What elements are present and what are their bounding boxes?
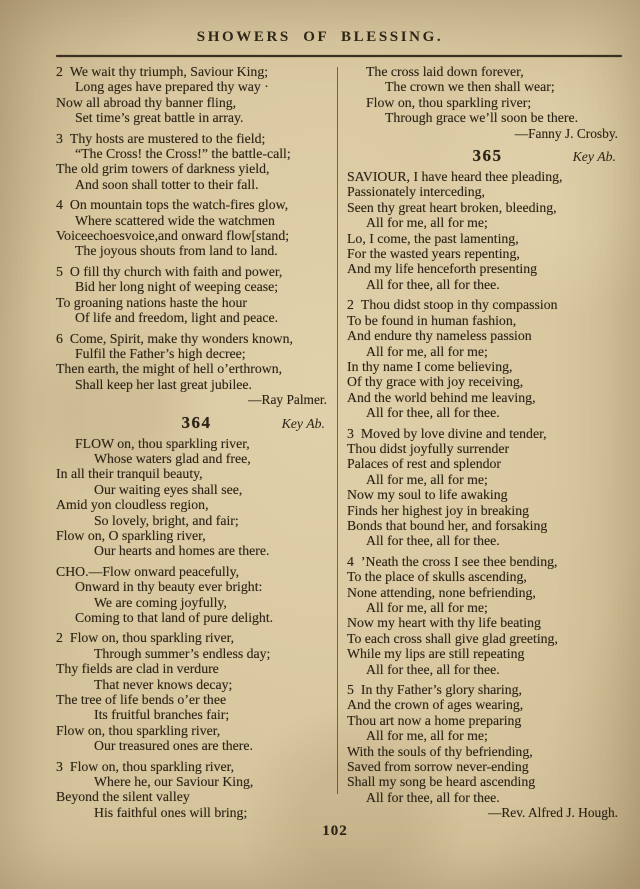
verse-line: Our hearts and homes are there. xyxy=(56,543,337,558)
verse-line: All for thee, all for thee. xyxy=(347,405,628,420)
verse-line: Then earth, the might of hell o’erthrown… xyxy=(56,361,337,376)
verse-line: Bonds that bound her, and forsaking xyxy=(347,518,628,533)
verse-line: To the place of skulls ascending, xyxy=(347,569,628,584)
verse-line: Of life and freedom, light and peace. xyxy=(56,310,337,325)
hymn-heading: 365Key Ab. xyxy=(347,146,628,166)
hymn-verse: SAVIOUR, I have heard thee pleading,Pass… xyxy=(347,169,628,292)
verse-line: In all their tranquil beauty, xyxy=(56,466,337,481)
verse-line: His faithful ones will bring; xyxy=(56,805,337,820)
verse-line: And the crown of ages wearing, xyxy=(347,697,628,712)
verse-line: Amid yon cloudless region, xyxy=(56,497,337,512)
verse-number: 6 xyxy=(56,331,63,346)
verse-line: That never knows decay; xyxy=(56,677,337,692)
verse-line: Passionately interceding, xyxy=(347,184,628,199)
header-rule xyxy=(56,55,622,57)
chorus: CHO.—Flow onward peacefully,Onward in th… xyxy=(56,564,337,626)
chorus-line: CHO.—Flow onward peacefully, xyxy=(56,564,337,579)
right-column: The cross laid down forever,The crown we… xyxy=(347,64,628,826)
verse-line: Now all abroad thy banner fling, xyxy=(56,95,337,110)
verse-line: All for me, all for me; xyxy=(347,600,628,615)
verse-line-text: Flow on, thou sparkling river, xyxy=(70,759,234,774)
verse-line: Palaces of rest and splendor xyxy=(347,456,628,471)
column-divider xyxy=(337,67,338,794)
verse-line: Long ages have prepared thy way · xyxy=(56,79,337,94)
verse-line: With the souls of thy befriending, xyxy=(347,744,628,759)
left-column: 2We wait thy triumph, Saviour King;Long … xyxy=(56,64,337,825)
verse-line: All for thee, all for thee. xyxy=(347,533,628,548)
verse-line: Flow on, thou sparkling river; xyxy=(347,95,628,110)
verse-number: 5 xyxy=(56,264,63,279)
verse-line: To each cross shall give glad greeting, xyxy=(347,631,628,646)
verse-line: All for thee, all for thee. xyxy=(347,790,628,805)
verse-line: So lovely, bright, and fair; xyxy=(56,513,337,528)
hymn-verse: 6Come, Spirit, make thy wonders known,Fu… xyxy=(56,331,337,408)
author-attribution: —Fanny J. Crosby. xyxy=(347,126,628,141)
verse-line: 3Flow on, thou sparkling river, xyxy=(56,759,337,774)
verse-line: For the wasted years repenting, xyxy=(347,246,628,261)
verse-line: All for me, all for me; xyxy=(347,344,628,359)
verse-number: 4 xyxy=(347,554,354,569)
verse-number: 2 xyxy=(56,64,63,79)
verse-line: Set time’s great battle in array. xyxy=(56,110,337,125)
verse-line: Our waiting eyes shall see, xyxy=(56,482,337,497)
hymn-verse: 3Moved by love divine and tender,Thou di… xyxy=(347,426,628,549)
verse-line: Its fruitful branches fair; xyxy=(56,707,337,722)
page-number: 102 xyxy=(0,823,640,840)
hymn-key-signature: Key Ab. xyxy=(282,416,337,432)
author-attribution: —Ray Palmer. xyxy=(56,392,337,407)
verse-line: Finds her highest joy in breaking xyxy=(347,503,628,518)
verse-line: 6Come, Spirit, make thy wonders known, xyxy=(56,331,337,346)
verse-line: Fulfil the Father’s high decree; xyxy=(56,346,337,361)
verse-line: All for me, all for me; xyxy=(347,472,628,487)
verse-line-text: We wait thy triumph, Saviour King; xyxy=(70,64,268,79)
text-columns: 2We wait thy triumph, Saviour King;Long … xyxy=(56,64,628,826)
hymn-verse: 5In thy Father’s glory sharing,And the c… xyxy=(347,682,628,821)
hymn-verse: The cross laid down forever,The crown we… xyxy=(347,64,628,141)
hymn-verse: 3Flow on, thou sparkling river,Where he,… xyxy=(56,759,337,821)
verse-line: Lo, I come, the past lamenting, xyxy=(347,231,628,246)
verse-line: Beyond the silent valley xyxy=(56,789,337,804)
verse-line-text: Come, Spirit, make thy wonders known, xyxy=(70,331,293,346)
verse-line: We are coming joyfully, xyxy=(56,595,337,610)
verse-line: The crown we then shall wear; xyxy=(347,79,628,94)
verse-line: In thy name I come believing, xyxy=(347,359,628,374)
verse-line: Through grace we’ll soon be there. xyxy=(347,110,628,125)
verse-line: SAVIOUR, I have heard thee pleading, xyxy=(347,169,628,184)
hymn-verse: 4On mountain tops the watch-fires glow,W… xyxy=(56,197,337,259)
verse-line-text: Thy hosts are mustered to the field; xyxy=(70,131,265,146)
verse-number: 2 xyxy=(56,630,63,645)
verse-line: All for thee, all for thee. xyxy=(347,662,628,677)
verse-line: 3Moved by love divine and tender, xyxy=(347,426,628,441)
verse-line-text: In thy Father’s glory sharing, xyxy=(361,682,522,697)
verse-number: 4 xyxy=(56,197,63,212)
verse-line: Coming to that land of pure delight. xyxy=(56,610,337,625)
verse-line: Thou art now a home preparing xyxy=(347,713,628,728)
verse-line: Where scattered wide the watchmen xyxy=(56,213,337,228)
verse-line: Voiceechoesvoice,and onward flow[stand; xyxy=(56,228,337,243)
verse-line: Now my soul to life awaking xyxy=(347,487,628,502)
verse-number: 3 xyxy=(347,426,354,441)
verse-line: And my life henceforth presenting xyxy=(347,261,628,276)
verse-line-text: ’Neath the cross I see thee bending, xyxy=(361,554,558,569)
verse-line: Whose waters glad and free, xyxy=(56,451,337,466)
verse-line: All for me, all for me; xyxy=(347,728,628,743)
hymn-key-signature: Key Ab. xyxy=(573,149,628,165)
verse-line: Flow on, O sparkling river, xyxy=(56,528,337,543)
hymn-verse: 2Thou didst stoop in thy compassionTo be… xyxy=(347,297,628,420)
verse-line: The cross laid down forever, xyxy=(347,64,628,79)
hymn-heading: 364Key Ab. xyxy=(56,413,337,433)
hymn-verse: 4’Neath the cross I see thee bending,To … xyxy=(347,554,628,677)
verse-line: To be found in human fashion, xyxy=(347,313,628,328)
verse-line-text: Moved by love divine and tender, xyxy=(361,426,547,441)
verse-line: Thou didst joyfully surrender xyxy=(347,441,628,456)
hymn-verse: FLOW on, thou sparkling river,Whose wate… xyxy=(56,436,337,559)
hymn-verse: 2We wait thy triumph, Saviour King;Long … xyxy=(56,64,337,126)
verse-line: The tree of life bends o’er thee xyxy=(56,692,337,707)
verse-number: 3 xyxy=(56,131,63,146)
verse-line: The old grim towers of darkness yield, xyxy=(56,161,337,176)
verse-line: Through summer’s endless day; xyxy=(56,646,337,661)
verse-line: Now my heart with thy life beating xyxy=(347,615,628,630)
verse-line: Saved from sorrow never-ending xyxy=(347,759,628,774)
verse-line: And soon shall totter to their fall. xyxy=(56,177,337,192)
author-attribution: —Rev. Alfred J. Hough. xyxy=(347,805,628,820)
verse-line: 2Flow on, thou sparkling river, xyxy=(56,630,337,645)
verse-line: To groaning nations haste the hour xyxy=(56,295,337,310)
verse-line: While my lips are still repeating xyxy=(347,646,628,661)
verse-line-text: Thou didst stoop in thy compassion xyxy=(361,297,558,312)
verse-line: Onward in thy beauty ever bright: xyxy=(56,579,337,594)
hymnal-page: SHOWERS OF BLESSING. 2We wait thy triump… xyxy=(0,0,640,889)
hymn-verse: 5O fill thy church with faith and power,… xyxy=(56,264,337,326)
verse-line: 2We wait thy triumph, Saviour King; xyxy=(56,64,337,79)
verse-line: Where he, our Saviour King, xyxy=(56,774,337,789)
verse-line: Seen thy great heart broken, bleeding, xyxy=(347,200,628,215)
verse-line: Shall keep her last great jubilee. xyxy=(56,377,337,392)
verse-line: None attending, none befriending, xyxy=(347,585,628,600)
verse-line: “The Cross! the Cross!” the battle-call; xyxy=(56,146,337,161)
verse-line: 5O fill thy church with faith and power, xyxy=(56,264,337,279)
verse-line: All for thee, all for thee. xyxy=(347,277,628,292)
verse-number: 3 xyxy=(56,759,63,774)
hymn-verse: 2Flow on, thou sparkling river,Through s… xyxy=(56,630,337,753)
verse-line: 5In thy Father’s glory sharing, xyxy=(347,682,628,697)
verse-line: 2Thou didst stoop in thy compassion xyxy=(347,297,628,312)
verse-line-text: O fill thy church with faith and power, xyxy=(70,264,282,279)
verse-number: 2 xyxy=(347,297,354,312)
verse-line: Thy fields are clad in verdure xyxy=(56,661,337,676)
verse-line: The joyous shouts from land to land. xyxy=(56,243,337,258)
verse-line: Of thy grace with joy receiving, xyxy=(347,374,628,389)
verse-line: 4On mountain tops the watch-fires glow, xyxy=(56,197,337,212)
hymn-verse: 3Thy hosts are mustered to the field;“Th… xyxy=(56,131,337,193)
verse-line-text: Flow on, thou sparkling river, xyxy=(70,630,234,645)
verse-line: And the world behind me leaving, xyxy=(347,390,628,405)
verse-line-text: On mountain tops the watch-fires glow, xyxy=(70,197,288,212)
verse-line: 3Thy hosts are mustered to the field; xyxy=(56,131,337,146)
hymn-number: 364 xyxy=(182,413,212,433)
verse-line: Shall my song be heard ascending xyxy=(347,774,628,789)
verse-line: Flow on, thou sparkling river, xyxy=(56,723,337,738)
verse-line: FLOW on, thou sparkling river, xyxy=(56,436,337,451)
verse-number: 5 xyxy=(347,682,354,697)
verse-line: Bid her long night of weeping cease; xyxy=(56,279,337,294)
verse-line: Our treasured ones are there. xyxy=(56,738,337,753)
verse-line: And endure thy nameless passion xyxy=(347,328,628,343)
page-title: SHOWERS OF BLESSING. xyxy=(0,29,640,46)
verse-line: 4’Neath the cross I see thee bending, xyxy=(347,554,628,569)
hymn-number: 365 xyxy=(473,146,503,166)
verse-line: All for me, all for me; xyxy=(347,215,628,230)
